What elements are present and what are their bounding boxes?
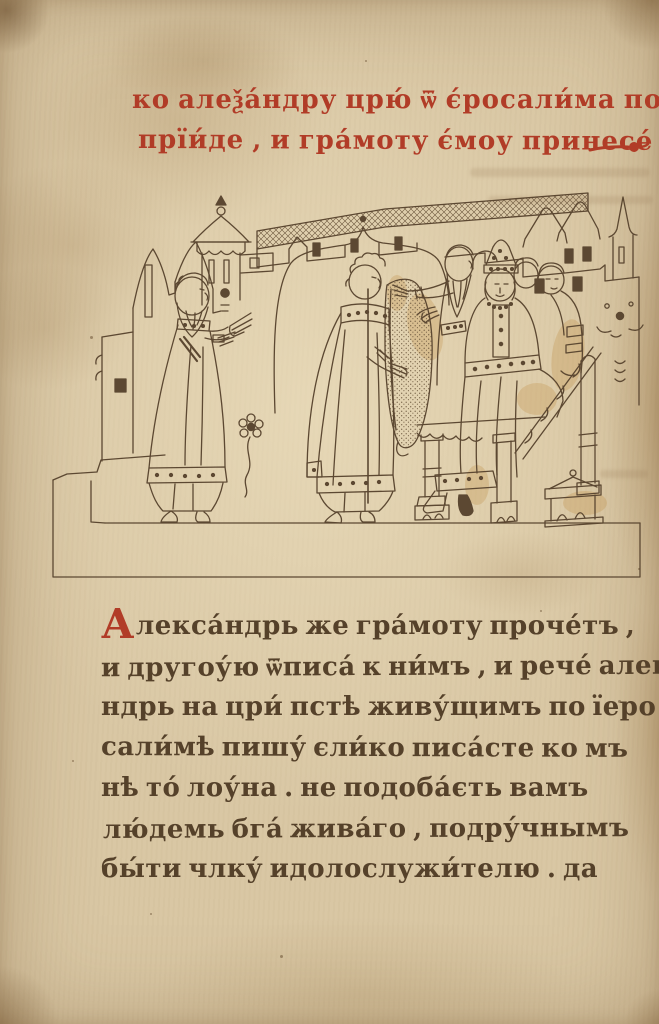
dot-flourish	[597, 302, 643, 382]
text-line: лю́демь бга́ жива́го , подру́чнымъ	[101, 808, 653, 850]
text-line-content: и другоу́ю ѿписа́ к ни́мъ , и рече́ алек…	[101, 650, 659, 683]
text-line-content: лю́демь бга́ жива́го , подру́чнымъ	[103, 813, 629, 845]
elder-priest	[147, 273, 252, 522]
ink-speck	[280, 955, 283, 958]
rubric-line-1: ко алеѯа́ндру црю́ ѿ є́росали́ма посо́лъ	[132, 80, 659, 121]
miniature-illustration	[45, 185, 645, 595]
text-line-content: лекса́ндрь же гра́моту проче́тъ ,	[136, 611, 635, 641]
text-line: бы́ти члку́ идолослужи́телю . да	[101, 849, 653, 890]
text-line: сали́мѣ пишу́ єли́ко писа́сте ко мъ	[101, 727, 653, 769]
text-line: нѣ то́ лоу́на . не подоба́єть вамъ	[101, 768, 653, 809]
text-line: и другоу́ю ѿписа́ к ни́мъ , и рече́ алек…	[101, 645, 653, 688]
miniature-drawing	[45, 185, 645, 595]
city-wall-right	[445, 197, 639, 405]
text-line: Алекса́ндрь же гра́моту проче́тъ ,	[101, 606, 653, 647]
city-roof	[257, 193, 588, 267]
initial-letter: А	[101, 600, 135, 648]
ink-speck	[90, 336, 93, 339]
bleed-through-line	[470, 168, 650, 177]
letter-scroll	[385, 279, 432, 456]
ink-speck	[72, 760, 74, 762]
rubric-line-2: прїи́де , и гра́моту є́моу принесе́	[132, 120, 659, 163]
ink-speck	[638, 568, 640, 570]
ink-speck	[540, 610, 542, 612]
text-line-content: ндрь на цри́ пстѣ живу́щимъ по їеро	[101, 692, 656, 722]
text-line: ндрь на цри́ пстѣ живу́щимъ по їеро	[101, 687, 653, 728]
ink-speck	[365, 60, 367, 62]
rubric-heading: ко алеѯа́ндру црю́ ѿ є́росали́ма посо́лъ…	[132, 80, 659, 162]
ink-speck	[150, 913, 152, 915]
rubric-end-flourish-icon	[588, 138, 650, 158]
conical-tower	[191, 196, 273, 305]
text-line-content: нѣ то́ лоу́на . не подоба́єть вамъ	[101, 773, 589, 803]
body-text: Алекса́ндрь же гра́моту проче́тъ , и дру…	[101, 606, 653, 890]
text-line-content: сали́мѣ пишу́ єли́ко писа́сте ко мъ	[101, 732, 629, 764]
pedestal-base	[53, 455, 640, 577]
ink-speck	[618, 700, 621, 703]
manuscript-page: ко алеѯа́ндру црю́ ѿ є́росали́ма посо́лъ…	[0, 0, 659, 1024]
text-line-content: бы́ти члку́ идолослужи́телю . да	[101, 854, 598, 884]
flower	[239, 414, 263, 497]
